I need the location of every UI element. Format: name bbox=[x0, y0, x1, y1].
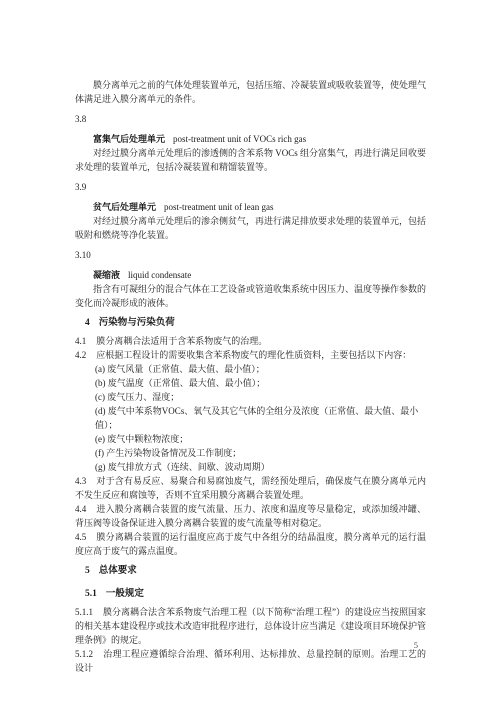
paragraph: 膜分离单元之前的气体处理装置单元，包括压缩、冷凝装置或吸收装置等，使处理气体满足… bbox=[75, 78, 426, 106]
clause-number: 3.8 bbox=[75, 112, 426, 126]
section-heading: 5总体要求 bbox=[75, 564, 426, 578]
term-en: liquid condensate bbox=[128, 270, 191, 280]
term-zh: 贫气后处理单元 bbox=[93, 202, 156, 212]
list-item: (b) 废气温度（正常值、最大值、最小值）； bbox=[75, 376, 426, 390]
clause-text: 治理工程应遵循综合治理、循环利用、达标排放、总量控制的原则。治理工艺的设计 bbox=[75, 649, 426, 673]
clause-num: 5.1.2 bbox=[75, 649, 93, 659]
section-title: 总体要求 bbox=[99, 565, 137, 576]
clause-num: 4.2 bbox=[75, 350, 86, 360]
list-item: (e) 废气中颗粒物浓度； bbox=[75, 432, 426, 446]
clause-num: 4.3 bbox=[75, 476, 86, 486]
clause-number: 3.10 bbox=[75, 248, 426, 262]
list-item: (a) 废气风量（正常值、最大值、最小值）； bbox=[75, 362, 426, 376]
page-number: 5 bbox=[414, 640, 418, 650]
term-line: 富集气后处理单元post-treatment unit of VOCs rich… bbox=[75, 132, 426, 146]
document-page: 膜分离单元之前的气体处理装置单元，包括压缩、冷凝装置或吸收装置等，使处理气体满足… bbox=[0, 0, 500, 707]
paragraph: 对经过膜分离单元处理后的渗透侧的含苯系物 VOCs 组分富集气，再进行满足回收要… bbox=[75, 146, 426, 174]
clause-number: 3.9 bbox=[75, 180, 426, 194]
clause-text: 对于含有易反应、易聚合和易腐蚀废气，需经预处理后，确保废气在膜分离单元内不发生反… bbox=[75, 476, 426, 500]
term-line: 凝缩液liquid condensate bbox=[75, 268, 426, 282]
list-item: (f) 产生污染物设备情况及工作制度； bbox=[75, 446, 426, 460]
term-en: post-treatment unit of lean gas bbox=[164, 202, 273, 212]
page-content: 膜分离单元之前的气体处理装置单元，包括压缩、冷凝装置或吸收装置等，使处理气体满足… bbox=[75, 78, 426, 675]
list-item: (g) 废气排放方式（连续、间歇、波动周期） bbox=[75, 460, 426, 474]
clause-text: 膜分离耦合法适用于含苯系物废气的治理。 bbox=[96, 336, 267, 346]
clause-num: 4.4 bbox=[75, 504, 86, 514]
paragraph: 对经过膜分离单元处理后的渗余侧贫气，再进行满足排放要求处理的装置单元，包括吸附和… bbox=[75, 214, 426, 242]
term-en: post-treatment unit of VOCs rich gas bbox=[173, 134, 306, 144]
clause-paragraph: 5.1.2治理工程应遵循综合治理、循环利用、达标排放、总量控制的原则。治理工艺的… bbox=[75, 647, 426, 675]
clause-text: 进入膜分离耦合装置的废气流量、压力、浓度和温度等尽量稳定，或添加缓冲罐、背压阀等… bbox=[75, 504, 426, 528]
list-item: (c) 废气压力、湿度； bbox=[75, 390, 426, 404]
paragraph: 指含有可凝组分的混合气体在工艺设备或管道收集系统中因压力、温度等操作参数的变化而… bbox=[75, 282, 426, 310]
section-number: 4 bbox=[85, 318, 90, 328]
clause-text: 膜分离耦合法含苯系物废气治理工程（以下简称“治理工程”）的建设应当按照国家的相关… bbox=[75, 607, 426, 645]
term-zh: 凝缩液 bbox=[93, 270, 120, 280]
subsection-title: 一般规定 bbox=[106, 588, 144, 599]
clause-paragraph: 4.5膜分离耦合装置的运行温度应高于废气中各组分的结晶温度，膜分离单元的运行温度… bbox=[75, 530, 426, 558]
clause-num: 5.1.1 bbox=[75, 607, 93, 617]
subsection-number: 5.1 bbox=[85, 589, 97, 599]
clause-paragraph: 4.3对于含有易反应、易聚合和易腐蚀废气，需经预处理后，确保废气在膜分离单元内不… bbox=[75, 474, 426, 502]
term-zh: 富集气后处理单元 bbox=[93, 134, 165, 144]
clause-paragraph: 4.1膜分离耦合法适用于含苯系物废气的治理。 bbox=[75, 334, 426, 348]
clause-text: 应根据工程设计的需要收集含苯系物废气的理化性质资料，主要包括以下内容： bbox=[96, 350, 411, 360]
term-line: 贫气后处理单元post-treatment unit of lean gas bbox=[75, 200, 426, 214]
clause-paragraph: 4.2应根据工程设计的需要收集含苯系物废气的理化性质资料，主要包括以下内容： bbox=[75, 348, 426, 362]
list-item: (d) 废气中苯系物VOCs、氧气及其它气体的全组分及浓度（正常值、最大值、最小… bbox=[75, 404, 426, 432]
clause-num: 4.1 bbox=[75, 336, 86, 346]
subsection-heading: 5.1一般规定 bbox=[75, 587, 426, 601]
section-heading: 4污染物与污染负荷 bbox=[75, 316, 426, 330]
section-number: 5 bbox=[85, 566, 90, 576]
clause-num: 4.5 bbox=[75, 532, 86, 542]
clause-paragraph: 4.4进入膜分离耦合装置的废气流量、压力、浓度和温度等尽量稳定，或添加缓冲罐、背… bbox=[75, 502, 426, 530]
section-title: 污染物与污染负荷 bbox=[99, 317, 175, 328]
clause-text: 膜分离耦合装置的运行温度应高于废气中各组分的结晶温度，膜分离单元的运行温度应高于… bbox=[75, 532, 426, 556]
clause-paragraph: 5.1.1膜分离耦合法含苯系物废气治理工程（以下简称“治理工程”）的建设应当按照… bbox=[75, 605, 426, 647]
